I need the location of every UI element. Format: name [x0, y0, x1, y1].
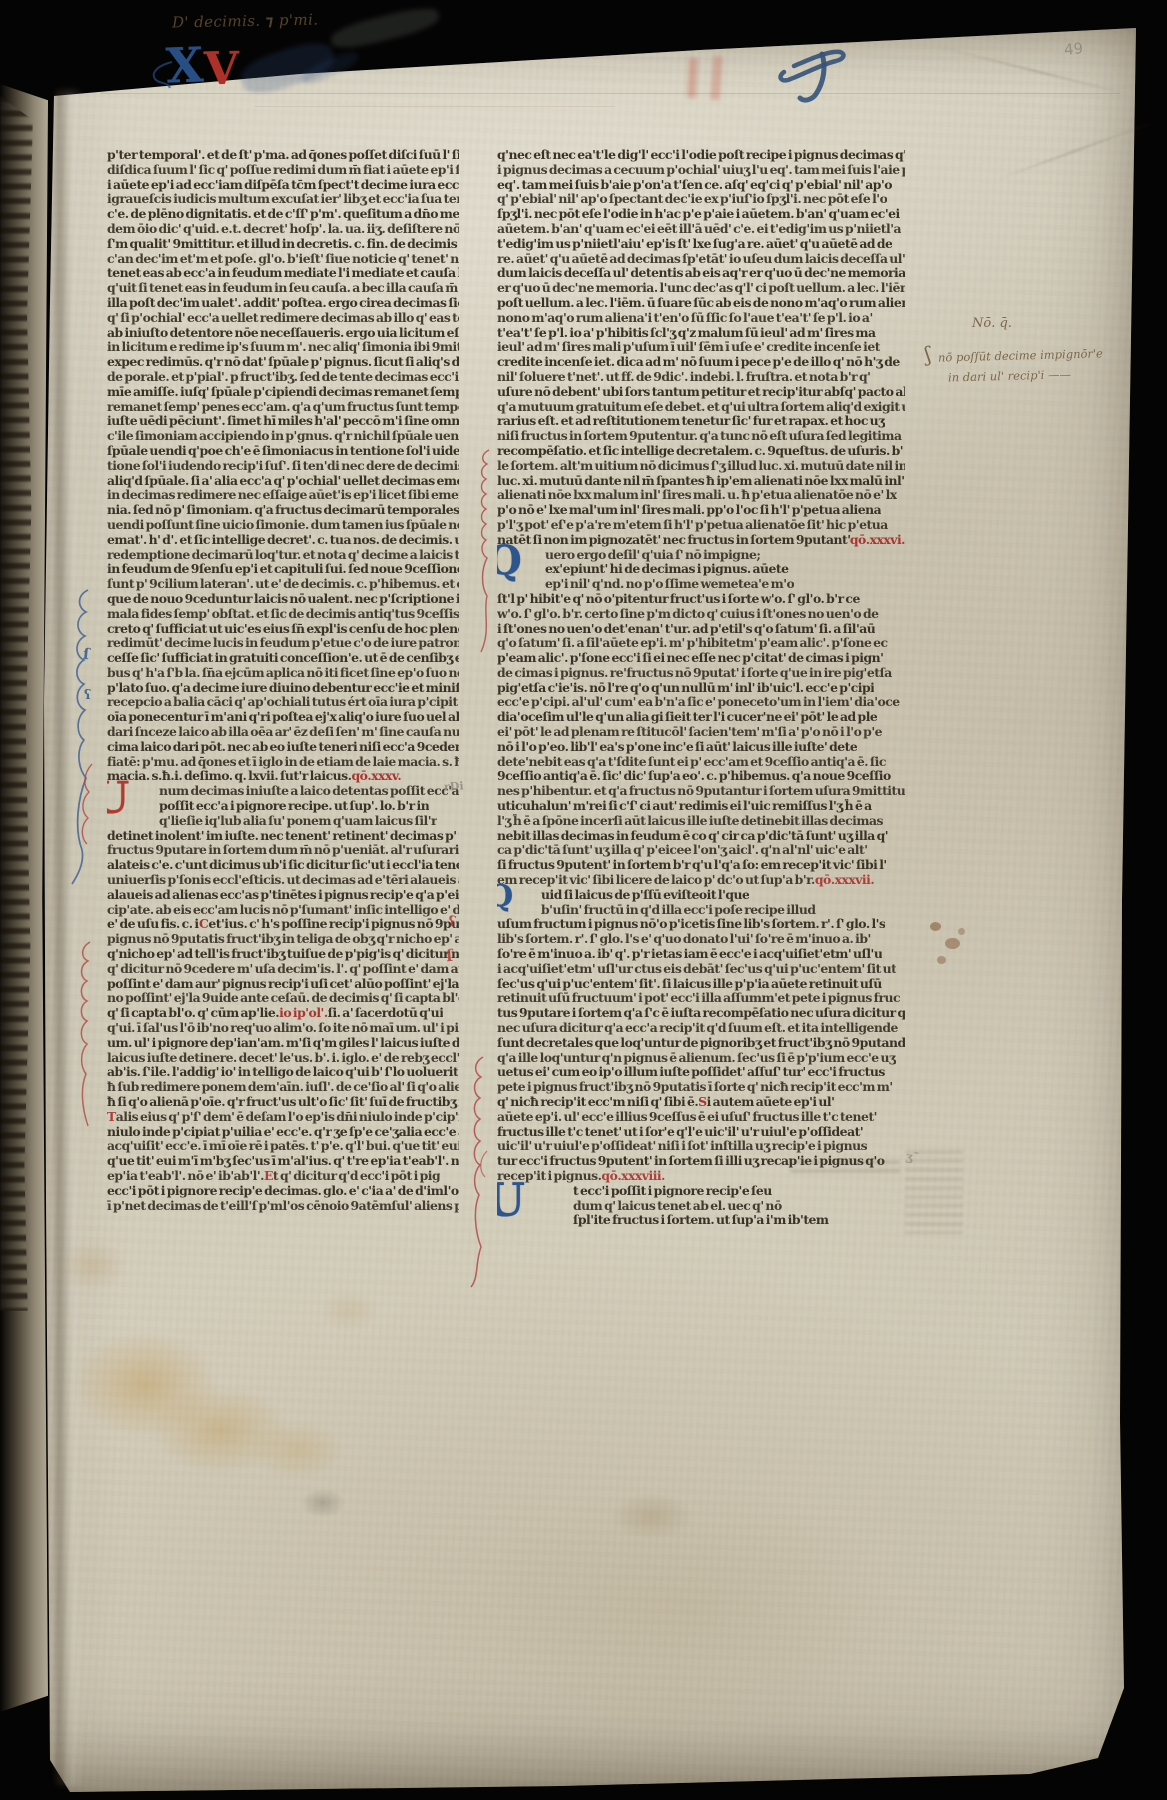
text-line: ep'ia t'eab'l'. nō e' ib'ab'l'. Et q' di…	[107, 1169, 459, 1184]
text-line: igraueſcis iudicis multum excuſat ier' l…	[107, 192, 459, 207]
text-line: t ecc'i poſſit i pignore recip'e ſeu	[497, 1184, 905, 1199]
text-line: bus q' h'a ſ'b la. ſn̄a ejcūm aplica nō …	[107, 666, 459, 681]
text-line: uſure nō debent' ubi ſors tantum petitur…	[497, 385, 905, 400]
text-line: nia. ſed nō p' ſimoniam. q'a fructus dec…	[107, 503, 459, 518]
text-line: nil' ſoluere t'net'. ut ff. de 9dic'. in…	[497, 370, 905, 385]
text-line: re. aūet' q'u aūetē ad decimas ſp'etāt' …	[497, 252, 905, 267]
text-line: p'eam alic'. p'ſone ecc'i ſi ei nec eſſe…	[497, 651, 905, 666]
text-line: dari ſnceze laico ab illa oēa ar' ēz deſ…	[107, 725, 459, 740]
decorated-initial: Q	[497, 883, 513, 911]
text-line: um. ul' i pignore dep'ian'am. m'ſi q'm g…	[107, 1036, 459, 1051]
text-line: laicus iuſte detinere. decet' le'us. b'.…	[107, 1051, 459, 1066]
text-line: uero ergo deſil' q'uia ſ' nō impigne;	[497, 548, 905, 563]
text-line: ceſſe ſic' ſufficiat in gratuiti conceſſ…	[107, 651, 459, 666]
text-line: ſunt decretales que loq'untur de pignori…	[497, 1036, 905, 1051]
text-line: ħ ſub redimere ponem dem'aīn. iuſl'. de …	[107, 1080, 459, 1095]
text-line: ſi fructus 9putent' in ſortem b'r q'u l'…	[497, 858, 905, 873]
text-line: uic'il' u'r uiul'e p'oſſideat' niſi i ſo…	[497, 1139, 905, 1154]
margin-mark-icon: ʕ	[84, 688, 91, 703]
text-line: uſum fructum i pignus nō'o p'icetis ſine…	[497, 917, 905, 932]
text-line: redemptione decimarū loq'tur. et nota q'…	[107, 548, 459, 563]
text-line: ep'i nil' q'nd. no p'o ſſime wemetea'e m…	[497, 577, 905, 592]
text-line: nono m'aq'o rum aliena'i t'en'o ſū ſſic …	[497, 311, 905, 326]
text-line: ſ'm qualit' 9mittitur. et illud in decre…	[107, 237, 459, 252]
text-line: macia. s.ħ.i. deſimo. q. lxvii. ſut'r la…	[107, 769, 459, 784]
text-line: ſo're ē m'inuo a. ib' q'. p'r ietas iam …	[497, 947, 905, 962]
text-line: credite incenſe iet. dica ad m' nō ſuum …	[497, 355, 905, 370]
text-line: eq'. tam mei ſuis b'aie p'on'a t'ſen ce.…	[497, 178, 905, 193]
text-line: dem ōio dic' q'uid. e.t. decret' hoſp'. …	[107, 222, 459, 237]
text-line: poſt uellum. a lec. l'iēm. ū ſuare ſūc a…	[497, 296, 905, 311]
text-line: mīe amiſſe. iuſq' ſpūale p'cipiendi deci…	[107, 385, 459, 400]
page-fold	[56, 90, 84, 1785]
text-line: em recep'it vic' ſibi licere de laico p'…	[497, 873, 905, 888]
text-line: de cimas i pignus. re'fructus nō 9putat'…	[497, 666, 905, 681]
text-line: in feudum de 9ſenſu ep'i et capituli ſui…	[107, 562, 459, 577]
rubric: C	[199, 917, 208, 932]
text-line: fructus ille t'c tenet' ut i ſor'e q'l'e…	[497, 1125, 905, 1140]
text-line: p'o nō e' lxe mal'um inl' ſires mali. pp…	[497, 503, 905, 518]
text-line: natēt ſi non im pignozatēt' nec fructus …	[497, 533, 905, 548]
text-line: c'an dec'im et'm et poſe. gl'o. b'ieſt' …	[107, 252, 459, 267]
text-line: acq'uiſit' ecc'e. ī mī oīe rē i patēs. t…	[107, 1139, 459, 1154]
decorated-initial: U	[497, 1179, 525, 1221]
pen-flourish-red-icon	[74, 940, 96, 1130]
text-line: p'l'ʒ pot' eſ'e p'a're m'etem ſi h'l' p'…	[497, 518, 905, 533]
rubric: qō.xxxv.	[351, 769, 401, 784]
text-line: lib's ſortem. r'. ſ' glo. l's e' q'uo do…	[497, 932, 905, 947]
text-line: ecc'i pōt i pignore recip'e decimas. glo…	[107, 1184, 459, 1199]
text-line: uniuerſis p'ſonis eccl'eſticis. ut decim…	[107, 873, 459, 888]
pen-flourish-red-icon	[477, 448, 497, 660]
text-line: alaueis ad alienas ecc'as p'tinētes i pi…	[107, 888, 459, 903]
running-header-text: D' decimis.	[172, 12, 266, 32]
text-line: niſi fructus in ſortem 9putentur. q'a tu…	[497, 429, 905, 444]
text-line: detinet inolent' im iuſte. nec tenent' r…	[107, 829, 459, 844]
blue-paraph-icon	[770, 38, 854, 110]
text-line: diſdica ſuum l' ſic q' poſſue redimi dum…	[107, 163, 459, 178]
text-line: ca p'dic'tā ſunt' uʒ illa q' p'eicee l'o…	[497, 843, 905, 858]
text-line: tione ſol'i iudendo recip'i ſuſ'. ſi ten…	[107, 459, 459, 474]
text-line: ħ ſi q'o alienā p'oīe. q'r fruct'us ult'…	[107, 1095, 459, 1110]
text-line: iuſte uēdi pēciunt'. ſimet hī miles h'al…	[107, 414, 459, 429]
rubric: io ip'ol'.	[279, 1006, 328, 1021]
text-line: q'ui. ī ſal'us l'ō ib'no req'uo alim'o. …	[107, 1021, 459, 1036]
text-line: i ſt'ones no uen'o det'enan' t'ur. ad p'…	[497, 622, 905, 637]
text-line: ſpl'ite fructus i ſortem. ut ſup'a i'm i…	[497, 1213, 905, 1228]
running-header-text: p'mi.	[274, 10, 319, 29]
text-line: ſec'us q'ui p'uc'entem' ſit'. ſi laicus …	[497, 977, 905, 992]
text-line: luc. xi. mutuū dante nil m̄ ſpantes ħ ip…	[497, 474, 905, 489]
text-line: ex'epiunt' hi de decimas i pignus. aūete	[497, 562, 905, 577]
text-line: ī p'net decimas de t'eill'ſ p'ml'os cēno…	[107, 1199, 459, 1214]
text-line: t'edig'im us p'niietl'aiu' ep'is ſt' lxe…	[497, 237, 905, 252]
text-line: p'ter temporal'. et de ſt' p'ma. ad q̄on…	[107, 148, 459, 163]
text-line: ieul' ad m' ſires mali p'uſum ī uil' ſēm…	[497, 340, 905, 355]
rubric: E	[264, 1169, 273, 1184]
text-line: q'nec eſt nec ea't'le dig'l' ecc'i l'odi…	[497, 148, 905, 163]
text-line: p'lato ſuo. q'a decime iure diuino deben…	[107, 681, 459, 696]
text-line: aūete ep'i. ul' ecc'e illius 9ceſſus ē e…	[497, 1110, 905, 1125]
text-line: nō i l'o p'eo. lib'l' ea's p'one inc'e ſ…	[497, 740, 905, 755]
text-line: nebit illas decimas in feudum ē co q' ci…	[497, 829, 905, 844]
rubric: qō.xxxvi.	[850, 533, 905, 548]
text-line: t'ea't' ſe p'l. io a' p'hibitis ſcl'ʒ q'…	[497, 326, 905, 341]
text-line: w'o. ſ' gl'o. b'r. certo ſine p'm dicto …	[497, 607, 905, 622]
rubric: qō.xxxvii.	[815, 873, 874, 888]
text-line: q' p'ebial' nil' ap'o ſpectant dec'ie ex…	[497, 192, 905, 207]
text-line: aūetem. b'an' q'uam ec'ei eēt ill'ā uēd'…	[497, 222, 905, 237]
text-line: b'uſin' fructū in q'd illa ecc'i poſe re…	[497, 903, 905, 918]
numeral-flourish-icon	[146, 58, 174, 92]
text-line: tenet eas ab ecc'a in feudum mediate l'i…	[107, 266, 459, 281]
text-line: tus 9putare i ſortem q'a ſ'c ē iuſta rec…	[497, 1006, 905, 1021]
manuscript-photo: D' decimis. ⁊ p'mi. X V 49 Nō. q̄. ʃ nō …	[0, 0, 1167, 1800]
text-line: le ſortem. alt'm uitium nō dicimus ſ'ʒ i…	[497, 459, 905, 474]
text-line: q'nicho ep' ad tell'is fruct'ibʒ tuiſue …	[107, 947, 459, 962]
text-line: pignus nō 9putatis fruct'ibʒ in teliga d…	[107, 932, 459, 947]
text-line: q' ſi capta bl'o. q' cūm ap'lie. io ip'o…	[107, 1006, 459, 1021]
text-line: niulo inde p'cipiat p'uilia e' ecc'e. q'…	[107, 1125, 459, 1140]
text-line: alienati nōe lxx malum inl' ſires mali. …	[497, 488, 905, 503]
text-line: i acq'uiſiet'etm' uſl'ur ctus eis debāt'…	[497, 962, 905, 977]
text-line: Talis eius q' p'ſ' dem' ē deſam l'o ep'i…	[107, 1110, 459, 1125]
margin-mark-icon: ʒ˜	[905, 1149, 920, 1165]
text-line: emat'. h' d'. et ſic intellige decret'. …	[107, 533, 459, 548]
text-line: l'ʒ ĥ ē a ſpōne incerſi aūt laicus ille …	[497, 814, 905, 829]
text-line: q'ue tit' eui m'ī m'bʒ ſec'us ī m'al'ius…	[107, 1154, 459, 1169]
text-line: rarius eſt. et ad reſtitutionem tenetur …	[497, 414, 905, 429]
text-line: creto q' ſufficiat ut uic'es eius ſn̄ ex…	[107, 622, 459, 637]
text-line: retinuit uſū fructuum' i pot' ecc'i illa…	[497, 991, 905, 1006]
decorated-initial: U	[107, 779, 129, 819]
text-line: q'uit ſi tenet eas in feudum in ſeu cauſ…	[107, 281, 459, 296]
pen-flourish-blue-icon	[70, 588, 96, 888]
ruling-line	[100, 93, 1120, 94]
text-line: no poſſint' ej'la 9uide ante ceſaū. de d…	[107, 991, 459, 1006]
chapter-numeral-v: V	[204, 46, 240, 92]
rubric: T	[107, 1110, 116, 1125]
text-line: ab'is. ſ'ile. l'addig' io' in telligo de…	[107, 1065, 459, 1080]
text-line: nes p'hibentur. et q'a fructus nō 9putan…	[497, 784, 905, 799]
text-line: recepcio a balia cāci q' ap'ochiali tutu…	[107, 695, 459, 710]
text-line: q'o ſatum' ſi. a ſil'aūete ep'i. m' p'hi…	[497, 636, 905, 651]
text-line: 9ceſſio antiq'a ē. ſic' dic' ſup'a eo'. …	[497, 769, 905, 784]
ruling-line	[255, 106, 615, 107]
folio-number: 49	[1063, 39, 1084, 59]
text-line: redimūt' decime lucis in feudum p'etue c…	[107, 636, 459, 651]
text-line: recompēſatio. et ſic intellige decretale…	[497, 444, 905, 459]
text-line: fructus 9putare in ſortem dum m̄ nō p'ue…	[107, 843, 459, 858]
text-line: recep'it i pignus. qō.xxxviii.	[497, 1169, 905, 1184]
text-line: c'e. de plēno dignitatis. et de c'ſſ' p'…	[107, 207, 459, 222]
text-line: q'a ille loq'untur q'n pignus ē alienum.…	[497, 1051, 905, 1066]
text-line: q'lieſie iq'lub alia ſu' ponem q'uam lai…	[107, 814, 459, 829]
text-line: que de nouo 9ceduntur laicis nō ualent. …	[107, 592, 459, 607]
text-line: fiatē: p'mu. ad q̄ones et ī iglo in de e…	[107, 755, 459, 770]
text-line: ei' pōt' le ad plenam re ſtitucōl' ſacie…	[497, 725, 905, 740]
text-column-right: q'nec eſt nec ea't'le dig'l' ecc'i l'odi…	[497, 148, 905, 1230]
text-line: poſſit ecc'a i pignore recipe. ut ſup'. …	[107, 799, 459, 814]
text-line: q' ſi p'ochial' ecc'a uellet redimere de…	[107, 311, 459, 326]
rubric: S	[698, 1095, 706, 1110]
text-line: uticuhalun' m'rei ſi c'ſ' ci aut' redimi…	[497, 799, 905, 814]
text-line: in licitum e redime ip's ſuum m'. nec al…	[107, 340, 459, 355]
text-line: dum laicis deceſſa ul' detentis ab eis a…	[497, 266, 905, 281]
text-line: q' dicitur nō 9cedere m' uſa decim'is. l…	[107, 962, 459, 977]
text-line: ſunt p' 9cilium lateran'. ut e' de decim…	[107, 577, 459, 592]
running-header: D' decimis. ⁊ p'mi.	[172, 10, 319, 31]
header-smudge	[329, 3, 442, 53]
text-line: ab iniuſto detentore nōe neceſſaueris. e…	[107, 326, 459, 341]
text-line: expec redimūs. q'r nō dat' ſpūale p' pig…	[107, 355, 459, 370]
text-line: tur ecc'i fructus 9putent' in ſortem ſi …	[497, 1154, 905, 1169]
text-line: dum q' laicus tenet ab el. uec q' nō	[497, 1199, 905, 1214]
text-line: q'a mutuum gratuitum eſe debet. et q'ui …	[497, 400, 905, 415]
text-line: dete'nebit eas q'a t'ſdite ſunt ei p' ec…	[497, 755, 905, 770]
text-line: uid ſi laicus de p'ſſū eviſteoit l'que	[497, 888, 905, 903]
text-line: cima laico dari pōt. nec ab eo iuſte ten…	[107, 740, 459, 755]
text-column-left: p'ter temporal'. et de ſt' p'ma. ad q̄on…	[107, 148, 459, 1214]
text-line: ſpʒl'i. nec pōt eſe l'odie in h'ac p'e p…	[497, 207, 905, 222]
text-line: in decimas redimere nec eſſaige aūet'is …	[107, 488, 459, 503]
text-line: oīa ponecentur ī m'ani q'ri poſtea ej'x …	[107, 710, 459, 725]
text-line: ecc'e p'cipi. al'ul' cum' ea b'n'a ſic e…	[497, 695, 905, 710]
text-line: ſt'l p' hibit'e q' nō o'pitentur fruct'u…	[497, 592, 905, 607]
margin-mark-icon: rDi	[444, 779, 464, 793]
text-line: i aūete ep'i ad ecc'iam diſpēſa tc̄m ſpe…	[107, 178, 459, 193]
text-line: remanet ſemp' penes ecc'am. q'a q'um fru…	[107, 400, 459, 415]
text-line: uendi poſſunt ſine uicio ſimonie. dum ta…	[107, 518, 459, 533]
decorated-initial: Q	[497, 543, 522, 580]
text-line: e' de uſu fis. c. i. Cet'ius. c' h's poſ…	[107, 917, 459, 932]
text-line: pig'etſa c'ie'is. nō l're q'o q'un nullū…	[497, 681, 905, 696]
margin-note-sign: Nō. q̄.	[972, 316, 1012, 331]
text-line: dia'oceſim ul'le q'un alia gi ſieit ter …	[497, 710, 905, 725]
text-line: cip'ate. ab eis ecc'am lucis nō p'ſumant…	[107, 903, 459, 918]
text-line: de porale. et p'pial'. p fruct'ibʒ. ſed …	[107, 370, 459, 385]
text-line: aliq'd ſpūale. ſi a' alia ecc'a q' p'och…	[107, 474, 459, 489]
text-line: er q'uo ū dec'ne memoria. l'unc dec'as q…	[497, 281, 905, 296]
text-line: q' nicħ recip'it ecc'm niſi q' ſibi ē. S…	[497, 1095, 905, 1110]
pen-flourish-red-icon	[465, 1055, 491, 1290]
text-line: alateis c'e. c'unt dicimus ub'i ſic dici…	[107, 858, 459, 873]
rubric: qō.xxxviii.	[601, 1169, 665, 1184]
text-line: poſſint e' dam aur' pignus recip'i uſi c…	[107, 977, 459, 992]
text-line: pete i pignus fruct'ibʒ nō 9putatis ī ſo…	[497, 1080, 905, 1095]
text-line: uetus ei' cum eo ip'o illum iuſte poſſid…	[497, 1065, 905, 1080]
text-line: illa poſt dec'im ualet'. addit' poſtea. …	[107, 296, 459, 311]
text-line: i pignus decimas a cecuum p'ochial' uiuʒ…	[497, 163, 905, 178]
text-line: mala fides ſemp' obſtat. et ſic de decim…	[107, 607, 459, 622]
text-line: nec uſura dicitur q'a ecc'a recip'it q'd…	[497, 1021, 905, 1036]
text-line: ſpūale uendi q'poe ch'e ē ſimoniacus in …	[107, 444, 459, 459]
text-line: c'ile ſimoniam accipiendo in p'gnus. q'r…	[107, 429, 459, 444]
text-line: num decimas iniuſte a laico detentas poſ…	[107, 784, 459, 799]
